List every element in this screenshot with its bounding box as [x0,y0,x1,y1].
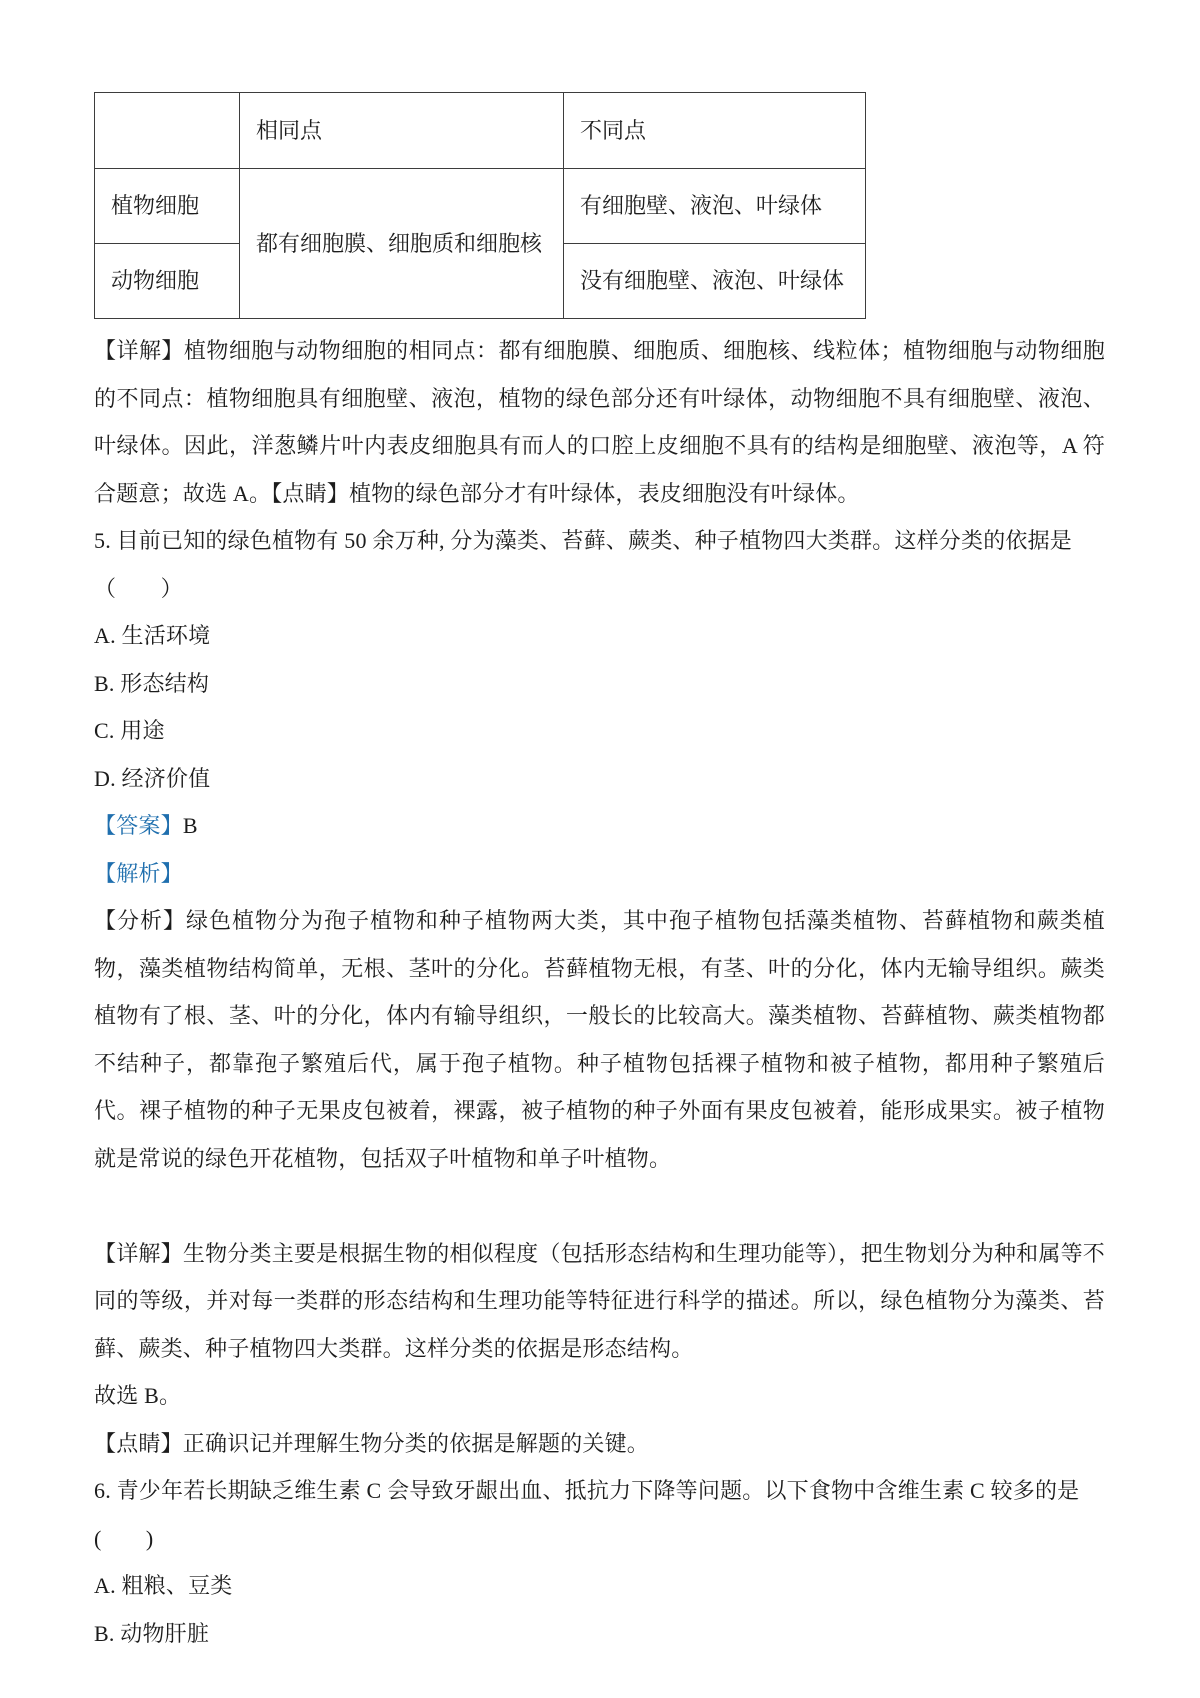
table-corner-cell [95,93,240,169]
q5-tips: 【点睛】正确识记并理解生物分类的依据是解题的关键。 [94,1420,1105,1468]
q5-answer-line: 【答案】B [94,802,1105,850]
answer-value: B [183,813,198,838]
q5-option-c: C. 用途 [94,707,1105,755]
q6-stem: 6. 青少年若长期缺乏维生素 C 会导致牙龈出血、抵抗力下降等问题。以下食物中含… [94,1467,1105,1562]
table-cell-plant-diff: 有细胞壁、液泡、叶绿体 [564,169,866,244]
q5-option-b: B. 形态结构 [94,660,1105,708]
answer-label: 【答案】 [94,813,183,838]
table-cell-same-value: 都有细胞膜、细胞质和细胞核 [240,169,564,319]
table-header-same: 相同点 [240,93,564,169]
table-header-diff: 不同点 [564,93,866,169]
q5-analysis-paragraph: 【分析】绿色植物分为孢子植物和种子植物两大类，其中孢子植物包括藻类植物、苔藓植物… [94,897,1105,1182]
q6-option-a: A. 粗粮、豆类 [94,1562,1105,1610]
comparison-table: 相同点 不同点 植物细胞 都有细胞膜、细胞质和细胞核 有细胞壁、液泡、叶绿体 动… [94,92,866,319]
q6-option-b: B. 动物肝脏 [94,1610,1105,1658]
q5-option-d: D. 经济价值 [94,755,1105,803]
table-label-animal-cell: 动物细胞 [95,244,240,319]
table-label-plant-cell: 植物细胞 [95,169,240,244]
table-cell-animal-diff: 没有细胞壁、液泡、叶绿体 [564,244,866,319]
q5-detail-paragraph: 【详解】生物分类主要是根据生物的相似程度（包括形态结构和生理功能等），把生物划分… [94,1230,1105,1373]
q5-option-a: A. 生活环境 [94,612,1105,660]
q5-conclusion: 故选 B。 [94,1372,1105,1420]
analysis-label: 【解析】 [94,861,183,886]
q5-analysis-heading: 【解析】 [94,850,1105,898]
document-page: 相同点 不同点 植物细胞 都有细胞膜、细胞质和细胞核 有细胞壁、液泡、叶绿体 动… [0,0,1200,1698]
q4-detail-paragraph: 【详解】植物细胞与动物细胞的相同点：都有细胞膜、细胞质、细胞核、线粒体；植物细胞… [94,327,1105,517]
q5-stem: 5. 目前已知的绿色植物有 50 余万种, 分为藻类、苔藓、蕨类、种子植物四大类… [94,517,1105,612]
